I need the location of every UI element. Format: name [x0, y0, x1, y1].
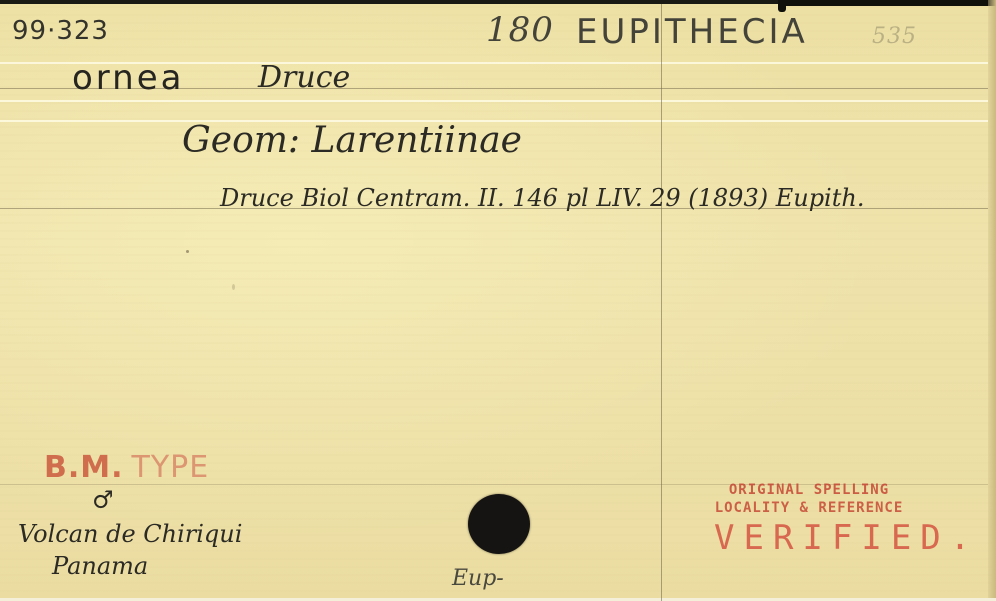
genus-number: 180	[486, 10, 554, 50]
bm-stamp-text: B.M.	[44, 450, 124, 485]
classification: Geom: Larentiinae	[182, 120, 522, 161]
card-right-edge-shadow	[988, 0, 996, 601]
ruled-line-highlight	[0, 100, 988, 102]
paper-speck	[186, 250, 189, 253]
card-divider-tab	[778, 0, 996, 6]
index-card: 99·323 180 EUPITHECIA 535 ornea Druce Ge…	[0, 0, 996, 601]
species-name: ornea	[72, 58, 184, 98]
genus-name: EUPITHECIA	[576, 12, 808, 52]
verification-stamp-verified: VERIFIED.	[714, 518, 904, 558]
genus-abbreviation: Eup-	[452, 566, 504, 591]
bibliographic-reference: Druce Biol Centram. II. 146 pl LIV. 29 (…	[220, 184, 864, 212]
verification-stamp-line-2: LOCALITY & REFERENCE	[714, 500, 904, 516]
locality-line-2: Panama	[52, 552, 148, 580]
male-symbol-icon: ♂	[92, 486, 114, 514]
card-divider-tab-nub	[778, 0, 786, 12]
bm-type-stamp: B.M.TYPE	[44, 450, 209, 485]
registration-number: 99·323	[12, 16, 109, 46]
verification-stamp: ORIGINAL SPELLING LOCALITY & REFERENCE V…	[714, 482, 904, 558]
locality-line-1: Volcan de Chiriqui	[18, 520, 242, 548]
paper-speck	[232, 284, 235, 290]
species-author: Druce	[258, 60, 350, 95]
faded-page-number: 535	[872, 24, 917, 49]
verification-stamp-line-1: ORIGINAL SPELLING	[714, 482, 904, 498]
punch-hole	[468, 494, 530, 554]
margin-vertical-rule	[661, 4, 662, 601]
type-stamp-text: TYPE	[132, 450, 210, 485]
